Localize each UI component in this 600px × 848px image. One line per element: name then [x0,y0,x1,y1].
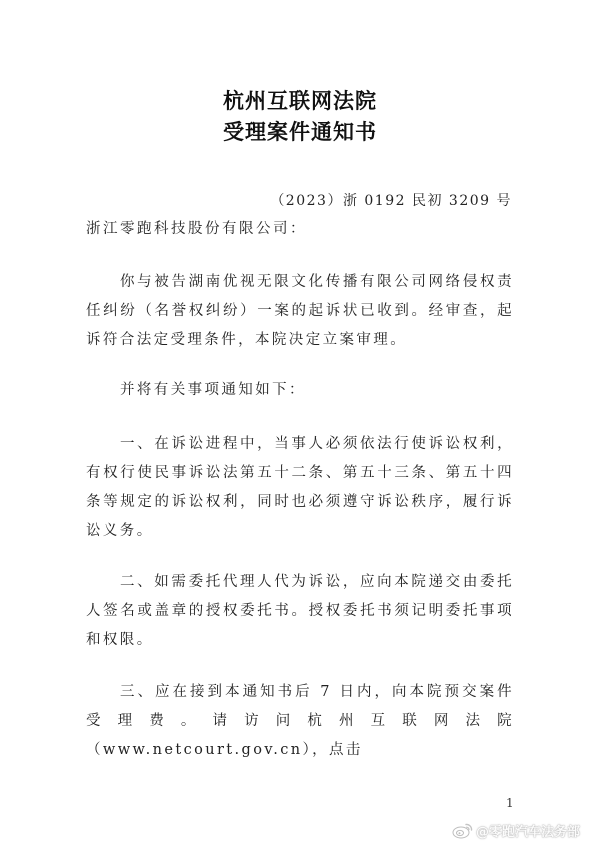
case-number: （2023）浙 0192 民初 3209 号 [270,190,512,212]
court-name-title: 杭州互联网法院 [0,86,600,116]
watermark: @零跑汽车法务部 [452,818,580,842]
paragraph-item-2-power-of-attorney: 二、如需委托代理人代为诉讼，应向本院递交由委托人签名或盖章的授权委托书。授权委托… [86,568,514,655]
paragraph-case-accepted: 你与被告湖南优视无限文化传播有限公司网络侵权责任纠纷（名誉权纠纷）一案的起诉状已… [86,268,514,355]
watermark-text: @零跑汽车法务部 [476,821,580,840]
paragraph-item-3-case-fee: 三、应在接到本通知书后 7 日内，向本院预交案件受理费。请访问杭州互联网法院（w… [86,678,514,765]
weibo-icon [452,821,474,839]
page-number: 1 [506,796,514,810]
paragraph-notice-intro: 并将有关事项通知如下： [86,376,514,405]
document-page: 杭州互联网法院 受理案件通知书 （2023）浙 0192 民初 3209 号 浙… [0,0,600,848]
notice-title: 受理案件通知书 [0,117,600,147]
addressee: 浙江零跑科技股份有限公司： [86,218,307,240]
paragraph-item-1-litigation-rights: 一、在诉讼进程中，当事人必须依法行使诉讼权利，有权行使民事诉讼法第五十二条、第五… [86,430,514,546]
